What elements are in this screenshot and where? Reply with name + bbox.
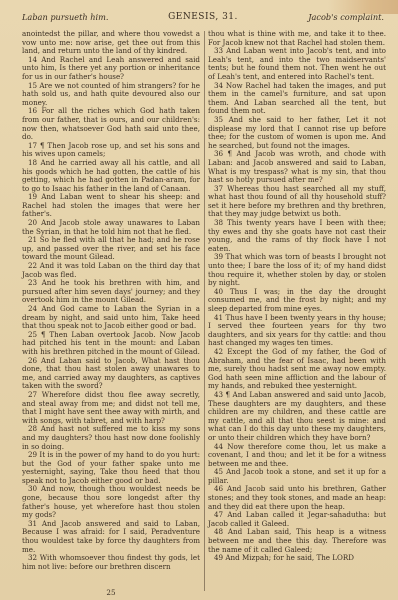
verse: 35 And she said to her father, Let it no… (208, 116, 386, 150)
verse: 34 Now Rachel had taken the images, and … (208, 82, 386, 116)
verse: 39 That which was torn of beasts I broug… (208, 253, 386, 287)
verse: 19 And Laban went to shear his sheep: an… (22, 193, 200, 219)
verse: 23 And he took his brethren with him, an… (22, 279, 200, 305)
verse: 45 And Jacob took a stone, and set it up… (208, 468, 386, 485)
verse: 22 And it was told Laban on the third da… (22, 262, 200, 279)
verse: 30 And now, though thou wouldest needs b… (22, 485, 200, 519)
verse: 47 And Laban called it Jegar-sahadutha: … (208, 511, 386, 528)
page-number: 25 (22, 588, 200, 597)
verse: 46 And Jacob said unto his brethren, Gat… (208, 485, 386, 511)
verse: 43 ¶ And Laban answered and said unto Ja… (208, 391, 386, 443)
right-column: thou what is thine with me, and take it … (208, 30, 386, 563)
verse: 37 Whereas thou hast searched all my stu… (208, 185, 386, 219)
verse: 18 And he carried away all his cattle, a… (22, 159, 200, 193)
left-column: anointedst the pillar, and where thou vo… (22, 30, 200, 571)
verse: 28 And hast not suffered me to kiss my s… (22, 425, 200, 451)
verse: 31 And Jacob answered and said to Laban,… (22, 520, 200, 554)
verse: 29 It is in the power of my hand to do y… (22, 451, 200, 485)
running-header: Laban pursueth him. GENESIS, 31. Jacob's… (22, 10, 384, 24)
verse: 32 With whomsoever thou findest thy gods… (22, 554, 200, 571)
verse: 14 And Rachel and Leah answered and said… (22, 56, 200, 82)
verse: 42 Except the God of my father, the God … (208, 348, 386, 391)
verse: 26 And Laban said to Jacob, What hast th… (22, 357, 200, 391)
verse: 27 Wherefore didst thou flee away secret… (22, 391, 200, 425)
verse: 17 ¶ Then Jacob rose up, and set his son… (22, 142, 200, 159)
verse: 48 And Laban said, This heap is a witnes… (208, 528, 386, 554)
verse: 16 For all the riches which God hath tak… (22, 107, 200, 141)
verse: 44 Now therefore come thou, let us make … (208, 443, 386, 469)
verse: 20 And Jacob stole away unawares to Laba… (22, 219, 200, 236)
verse: 38 This twenty years have I been with th… (208, 219, 386, 253)
verse: 49 And Mizpah; for he said, The LORD (208, 554, 386, 563)
verse: 33 And Laban went into Jacob's tent, and… (208, 47, 386, 81)
verse: 25 ¶ Then Laban overtook Jacob. Now Jaco… (22, 331, 200, 357)
verse: 40 Thus I was; in the day the drought co… (208, 288, 386, 314)
verse: thou what is thine with me, and take it … (208, 30, 386, 47)
verse: 36 ¶ And Jacob was wroth, and chode with… (208, 150, 386, 184)
verse: 21 So he fled with all that he had; and … (22, 236, 200, 262)
verse: 24 And God came to Laban the Syrian in a… (22, 305, 200, 331)
header-right-caption: Jacob's complaint. (308, 10, 384, 24)
column-divider (204, 31, 205, 591)
verse: 41 Thus have I been twenty years in thy … (208, 314, 386, 348)
verse: 15 Are we not counted of him strangers? … (22, 82, 200, 108)
verse: anointedst the pillar, and where thou vo… (22, 30, 200, 56)
